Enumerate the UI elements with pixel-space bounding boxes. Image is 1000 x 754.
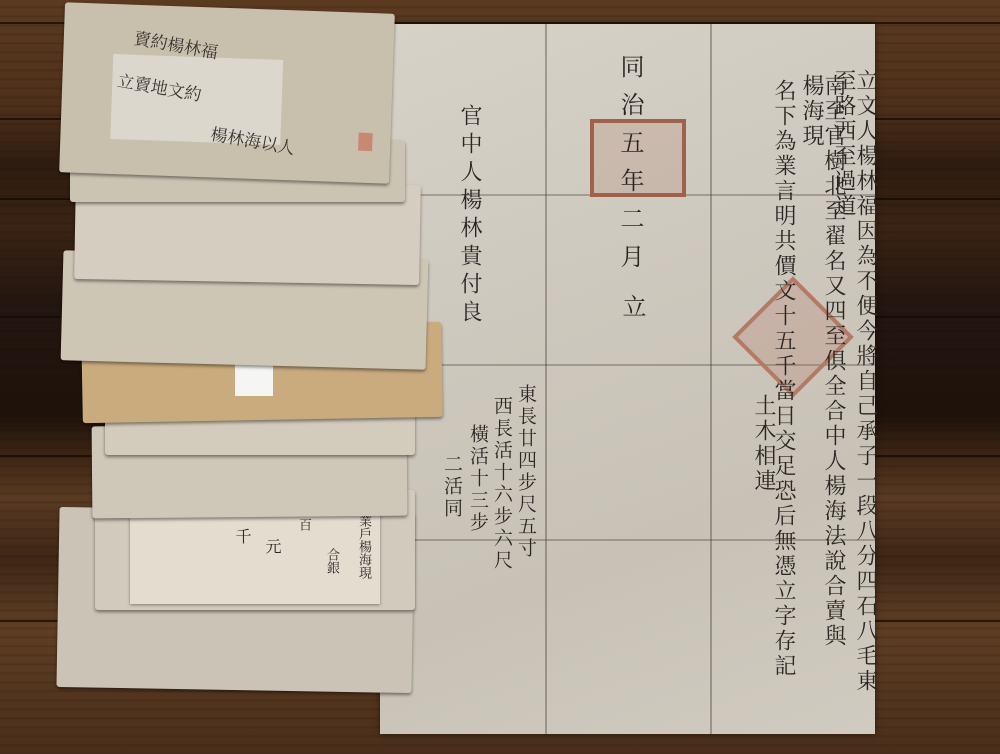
date-column: 同治五年二月: [618, 54, 642, 282]
deed-text-column: 名下為業言明共價文十五千當日交足恐后無憑立字存記: [772, 79, 794, 679]
measurement-text: 橫活十三步: [468, 424, 487, 534]
printed-text: 百: [296, 518, 310, 531]
printed-text: 千: [233, 528, 250, 544]
printed-receipt: 業戶楊海現 合銀 百 元 千: [130, 508, 380, 604]
fold-line: [545, 24, 547, 734]
deed-text-column: 南至官樹北至翟名又四至俱全合中人楊海法說合賣與楊海現: [800, 74, 844, 664]
side-note: 土木相連: [752, 394, 774, 494]
printed-text: 元: [263, 538, 280, 554]
date-suffix: 立: [620, 294, 644, 321]
red-stamp-mark: [358, 133, 373, 151]
printed-text: 業戶楊海現: [356, 514, 370, 579]
land-deed: 立文人楊林福因為不便今將自己承子一段八分四石八毛東至路西至過道 南至官樹北至翟名…: [380, 24, 875, 734]
measurement-text: 二活同: [442, 454, 461, 520]
top-envelope: 賣約楊林福 立賣地文約 楊林海以人: [59, 2, 395, 183]
printed-text: 合銀: [324, 548, 338, 574]
measurement-text: 東長廿四步尺五寸: [516, 384, 535, 560]
middleman-column: 官中人楊林貴付良: [458, 104, 480, 328]
measurement-text: 西長活十六步六尺: [492, 396, 511, 572]
fold-line: [710, 24, 712, 734]
